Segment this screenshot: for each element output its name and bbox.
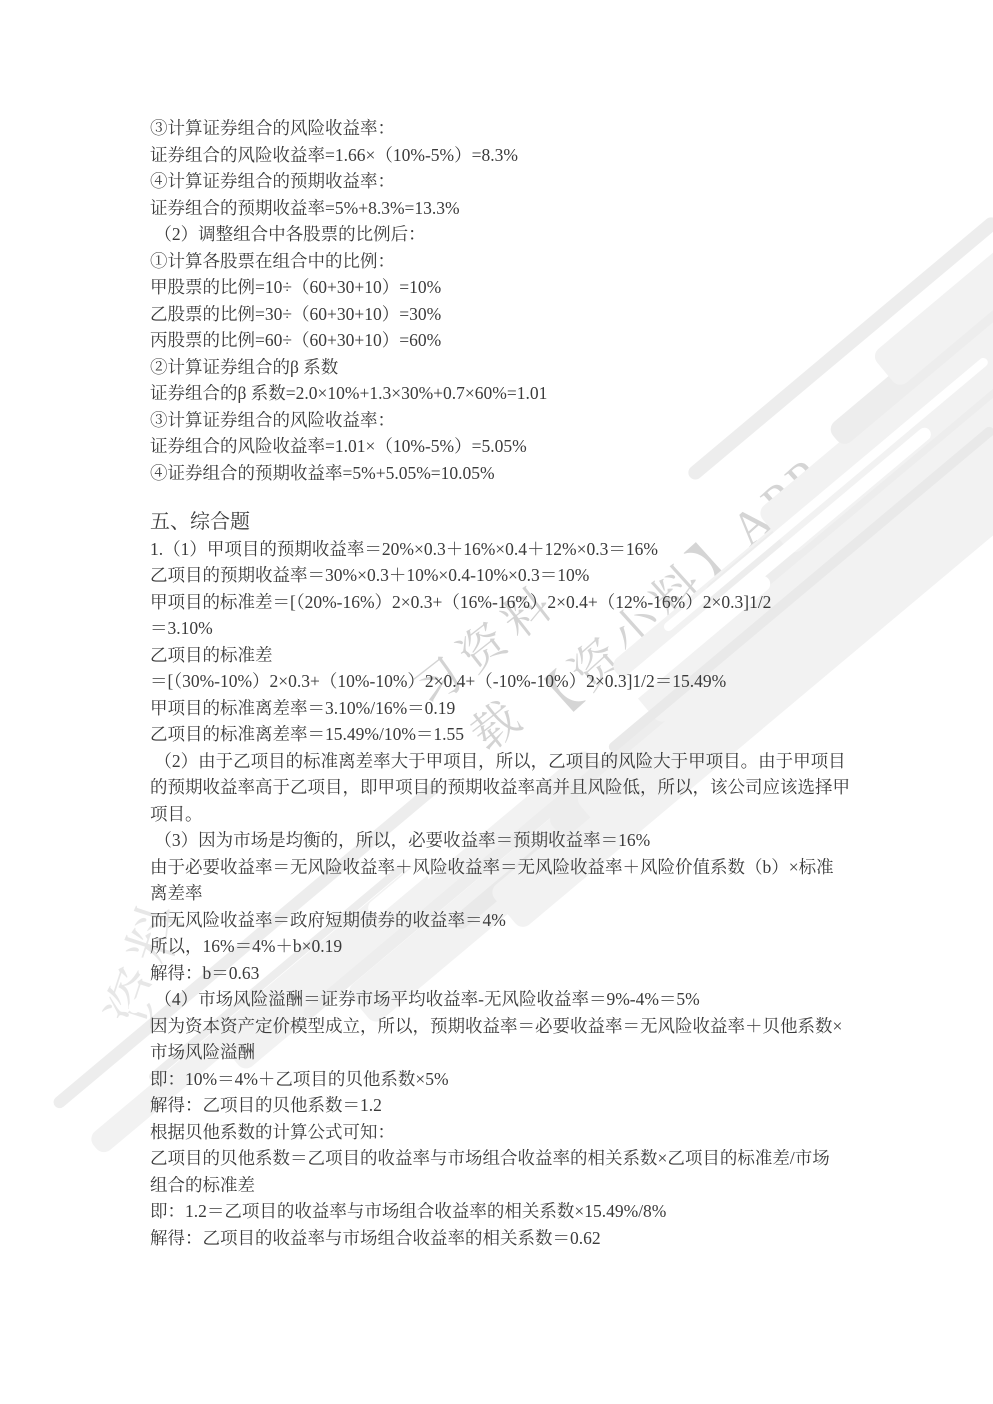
answers-part5-block: 1.（1）甲项目的预期收益率＝20%×0.3＋16%×0.4＋12%×0.3＝1… [150, 536, 850, 1252]
text-line: 甲项目的标准离差率＝3.10%/16%＝0.19 [150, 695, 850, 722]
text-line: 项目。 [150, 801, 850, 828]
text-line: 乙项目的预期收益率＝30%×0.3＋10%×0.4-10%×0.3＝10% [150, 562, 850, 589]
text-line: 因为资本资产定价模型成立，所以，预期收益率＝必要收益率＝无风险收益率＋贝他系数× [150, 1013, 850, 1040]
text-line: （4）市场风险溢酬＝证券市场平均收益率-无风险收益率＝9%-4%＝5% [150, 986, 850, 1013]
text-line: 丙股票的比例=60÷（60+30+10）=60% [150, 327, 850, 354]
text-line: 所以，16%＝4%＋b×0.19 [150, 933, 850, 960]
text-line: （2）由于乙项目的标准离差率大于甲项目，所以，乙项目的风险大于甲项目。由于甲项目 [150, 748, 850, 775]
answers-part4-block: ③计算证券组合的风险收益率：证券组合的风险收益率=1.66×（10%-5%）=8… [150, 115, 850, 486]
text-line: ①计算各股票在组合中的比例： [150, 248, 850, 275]
text-line: 即：10%＝4%＋乙项目的贝他系数×5% [150, 1066, 850, 1093]
text-line: 乙项目的标准离差率＝15.49%/10%＝1.55 [150, 721, 850, 748]
text-line: 解得：b＝0.63 [150, 960, 850, 987]
text-line: ③计算证券组合的风险收益率： [150, 407, 850, 434]
text-line: 乙股票的比例=30÷（60+30+10）=30% [150, 301, 850, 328]
section-heading: 五、综合题 [150, 509, 850, 536]
text-line: 证券组合的风险收益率=1.66×（10%-5%）=8.3% [150, 142, 850, 169]
text-line: （2）调整组合中各股票的比例后： [150, 221, 850, 248]
text-line: 即：1.2＝乙项目的收益率与市场组合收益率的相关系数×15.49%/8% [150, 1198, 850, 1225]
text-line: ＝3.10% [150, 615, 850, 642]
text-line: 甲股票的比例=10÷（60+30+10）=10% [150, 274, 850, 301]
text-line: 解得：乙项目的贝他系数＝1.2 [150, 1092, 850, 1119]
text-line: 根据贝他系数的计算公式可知： [150, 1119, 850, 1146]
text-line: 的预期收益率高于乙项目，即甲项目的预期收益率高并且风险低，所以，该公司应该选择甲 [150, 774, 850, 801]
text-line: 证券组合的β 系数=2.0×10%+1.3×30%+0.7×60%=1.01 [150, 380, 850, 407]
text-line: 乙项目的标准差 [150, 642, 850, 669]
text-line: 离差率 [150, 880, 850, 907]
text-line: 组合的标准差 [150, 1172, 850, 1199]
text-line: ④计算证券组合的预期收益率： [150, 168, 850, 195]
text-line: 由于必要收益率＝无风险收益率＋风险收益率＝无风险收益率＋风险价值系数（b）×标准 [150, 854, 850, 881]
text-line: 市场风险溢酬 [150, 1039, 850, 1066]
text-line: 乙项目的贝他系数＝乙项目的收益率与市场组合收益率的相关系数×乙项目的标准差/市场 [150, 1145, 850, 1172]
text-line: 而无风险收益率＝政府短期债券的收益率＝4% [150, 907, 850, 934]
text-line: ②计算证券组合的β 系数 [150, 354, 850, 381]
text-line: 证券组合的风险收益率=1.01×（10%-5%）=5.05% [150, 433, 850, 460]
document-body: ③计算证券组合的风险收益率：证券组合的风险收益率=1.66×（10%-5%）=8… [150, 115, 850, 1251]
text-line: ③计算证券组合的风险收益率： [150, 115, 850, 142]
text-line: 甲项目的标准差＝[（20%-16%）2×0.3+（16%-16%）2×0.4+（… [150, 589, 850, 616]
text-line: 解得：乙项目的收益率与市场组合收益率的相关系数＝0.62 [150, 1225, 850, 1252]
text-line: ④证券组合的预期收益率=5%+5.05%=10.05% [150, 460, 850, 487]
text-line: ＝[（30%-10%）2×0.3+（10%-10%）2×0.4+（-10%-10… [150, 668, 850, 695]
document-page: 习资料 载 【资小料】APP 资料 ③计算证券组合的风险收益率：证券组合的风险收… [0, 0, 993, 1404]
text-line: 1.（1）甲项目的预期收益率＝20%×0.3＋16%×0.4＋12%×0.3＝1… [150, 536, 850, 563]
text-line: （3）因为市场是均衡的，所以，必要收益率＝预期收益率＝16% [150, 827, 850, 854]
text-line: 证券组合的预期收益率=5%+8.3%=13.3% [150, 195, 850, 222]
